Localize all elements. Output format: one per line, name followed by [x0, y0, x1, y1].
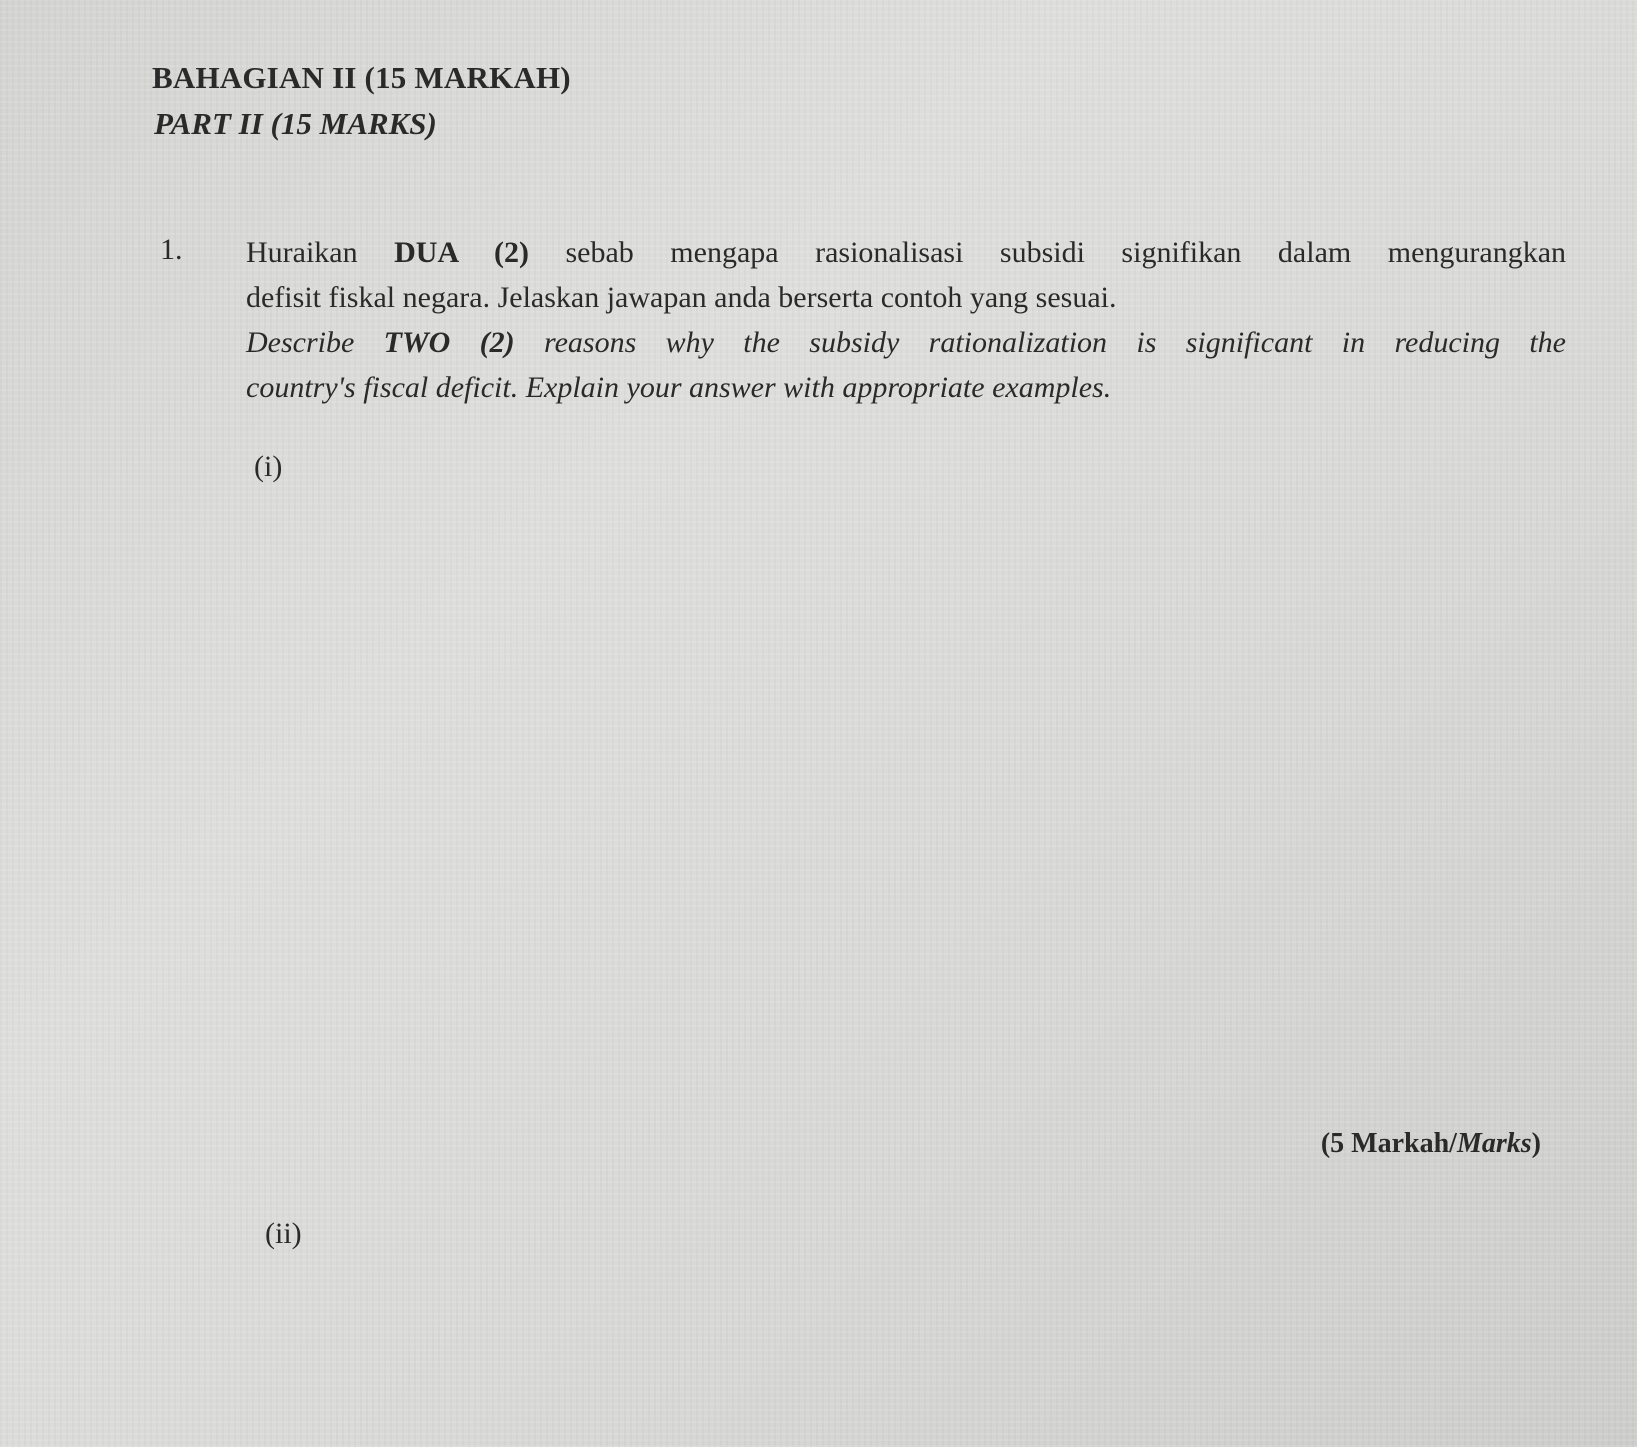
part-ii-label: (ii) [265, 1217, 302, 1251]
question-number: 1. [160, 233, 183, 267]
section-title-malay: BAHAGIAN II (15 MARKAH) [152, 60, 571, 96]
emphasis-two: TWO (2) [384, 326, 515, 359]
marks-allocation: (5 Markah/Marks) [1321, 1128, 1541, 1160]
part-i-label: (i) [254, 450, 282, 484]
section-title-english: PART II (15 MARKS) [154, 106, 437, 142]
question-english-line-2: country's fiscal deficit. Explain your a… [246, 365, 1566, 410]
question-english-line-1: Describe TWO (2) reasons why the subsidy… [246, 320, 1566, 365]
question-text: Huraikan DUA (2) sebab mengapa rasionali… [246, 230, 1566, 410]
question-malay-line-2: defisit fiskal negara. Jelaskan jawapan … [246, 275, 1566, 320]
question-malay-line-1: Huraikan DUA (2) sebab mengapa rasionali… [246, 230, 1566, 275]
emphasis-dua: DUA (2) [394, 236, 529, 269]
exam-page: BAHAGIAN II (15 MARKAH) PART II (15 MARK… [0, 0, 1637, 1447]
answer-area-part-i[interactable] [246, 500, 1566, 1100]
answer-area-part-ii[interactable] [246, 1265, 1566, 1435]
